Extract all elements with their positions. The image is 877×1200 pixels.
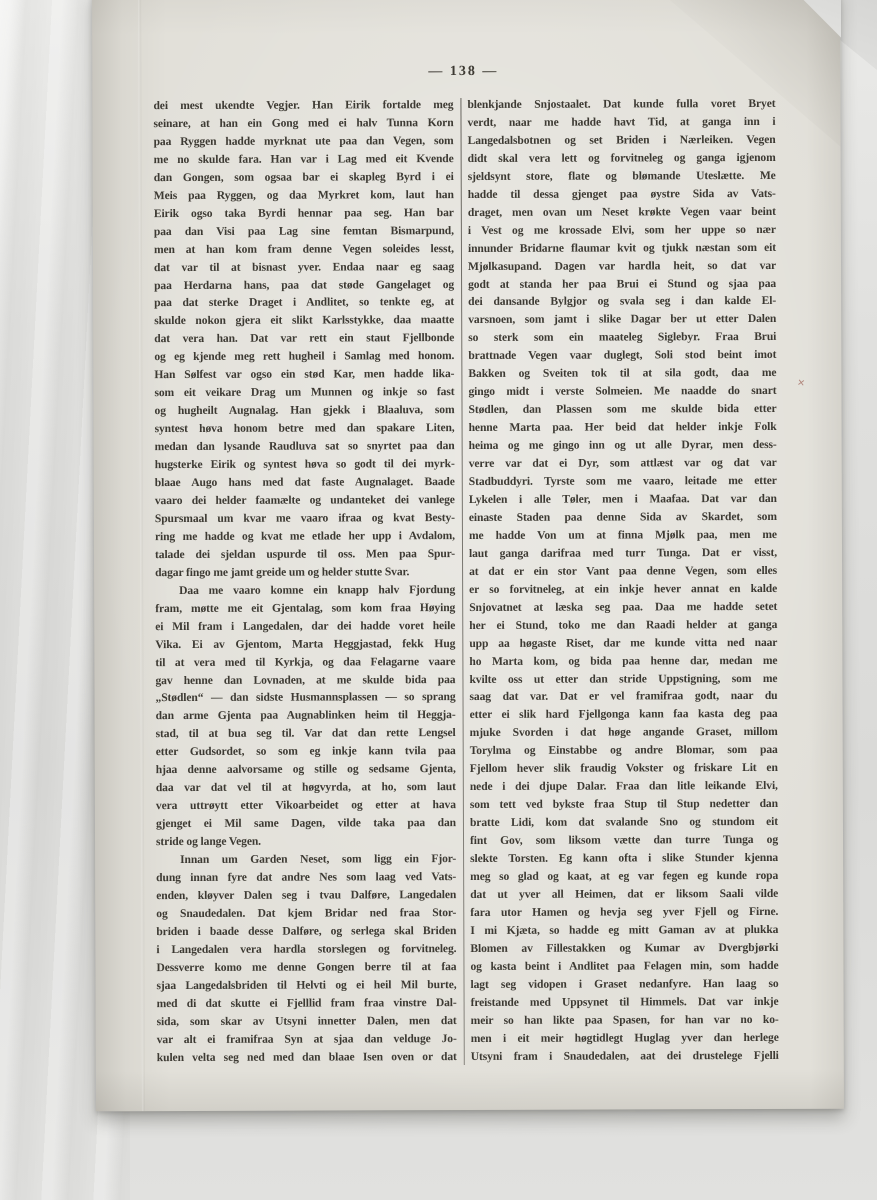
text-line: Han Sølfest var ogso ein stød Kar, men h… xyxy=(154,365,454,384)
text-line: Mjølkasupand. Dagen var hardla heit, so … xyxy=(468,257,776,276)
text-line: ring me hadde og kvat me etlade her upp … xyxy=(155,527,455,546)
text-line: dat var til at bisnast yver. Endaa naar … xyxy=(154,258,454,277)
text-line: medan dan lysande Raudluva sat so snyrte… xyxy=(155,437,455,456)
text-line: briden i baade desse Dalføre, og serlega… xyxy=(156,922,456,941)
text-line: „Stødlen“ — dan sidste Husmannsplassen —… xyxy=(155,688,455,707)
text-line: daa var dat vel til at høgvyrda, at ho, … xyxy=(156,778,456,797)
text-block: dei mest ukendte Vegjer. Han Eirik forta… xyxy=(153,95,778,1067)
text-line: nede i dei djupe Dalar. Fraa dan litle l… xyxy=(470,777,778,796)
text-line: kulen velta seg ned med dan blaae Isen o… xyxy=(157,1048,457,1067)
text-line: slekte Torsten. Eg kann ofta i slike Stu… xyxy=(470,849,778,868)
text-line: her ei Stund, toko me dan Raadi helder a… xyxy=(469,616,777,635)
text-line: so sterk som ein maateleg Siglebyr. Fraa… xyxy=(468,328,776,347)
text-line: stride og lange Vegen. xyxy=(156,832,456,851)
handwritten-x-mark: × xyxy=(796,374,806,391)
text-line: paa Herdarna hans, paa dat støde Gangela… xyxy=(154,276,454,295)
text-line: fara utor Hamen og hevja seg yver Fjell … xyxy=(470,903,778,922)
text-line: fram, møtte me eit Gjentalag, som kom fr… xyxy=(155,599,455,618)
text-line: ei Mil fram i Langedalen, dar dei hadde … xyxy=(155,617,455,636)
text-line: me no skulde fara. Han var i Lag med eit… xyxy=(154,150,454,169)
text-line: kvilte oss ut etter dan stride Uppstigni… xyxy=(469,669,777,688)
text-line: dat vera han. Dat var rett ein staut Fje… xyxy=(154,329,454,348)
text-column-right: blenkjande Snjostaalet. Dat kunde fulla … xyxy=(467,95,778,1066)
text-line: sjaa Langedalsbriden til Helvti og ei he… xyxy=(156,976,456,995)
text-line: var alt ei framifraa Syn at sjaa dan vel… xyxy=(157,1030,457,1049)
text-line: verdt, naar me hadde havt Tid, at ganga … xyxy=(467,113,775,132)
text-line: etter ei slik hard Fjellgonga kann faa k… xyxy=(470,705,778,724)
text-line: henne Marta paa. Her beid dat helder ink… xyxy=(469,418,777,437)
text-line: og Snaudedalen. Dat kjem Bridar ned fraa… xyxy=(156,904,456,923)
text-line: Eirik ogso taka Byrdi hennar paa seg. Ha… xyxy=(154,204,454,223)
text-line: til at vera med til Kyrkja, og daa Felag… xyxy=(155,653,455,672)
text-line: freistande med Uppsynet til Himmels. Dat… xyxy=(471,993,779,1012)
text-line: i Langedalen vera hardla storslegen og f… xyxy=(156,940,456,959)
text-line: vera uttrøytt etter Vikoarbeidet og ette… xyxy=(156,796,456,815)
text-line: Stødlen, dan Plassen som me skulde bida … xyxy=(468,400,776,419)
text-line: men i eit meir høgtidlegt Huglag yver da… xyxy=(471,1028,779,1047)
text-line: Bakken og Sveiten tok til at sila godt, … xyxy=(468,364,776,383)
text-line: dagar fingo me jamt greide um og helder … xyxy=(155,563,455,582)
text-line: meir so han likte paa Spasen, for han va… xyxy=(471,1011,779,1030)
text-line: i Vest og me krossade Elvi, som her uppe… xyxy=(468,221,776,240)
text-line: verre var dat ei Dyr, som attlæst var og… xyxy=(469,454,777,473)
text-line: at dat er ein stor Vant paa denne Vegen,… xyxy=(469,562,777,581)
text-line: innunder Bridarne flaumar kvit og tjukk … xyxy=(468,239,776,258)
text-line: dan arme Gjenta paa Augnablinken heim ti… xyxy=(156,706,456,725)
text-line: Torylma og Einstabbe og andre Blomar, so… xyxy=(470,741,778,760)
text-line: sjeldsynt store, flate og blømande Utesl… xyxy=(468,167,776,186)
text-line: etter Gudsordet, so som eg inkje kann tv… xyxy=(156,742,456,761)
text-line: dan Gongen, som ogsaa bar ei skapleg Byr… xyxy=(154,168,454,187)
text-line: laut ganga darifraa med turr Tunga. Dat … xyxy=(469,544,777,563)
text-column-left: dei mest ukendte Vegjer. Han Eirik forta… xyxy=(153,96,456,1067)
text-line: Blomen av Fillestakken og Kumar av Dverg… xyxy=(470,939,778,958)
text-line: gjenget ei Mil same Dagen, vilde taka pa… xyxy=(156,814,456,833)
text-line: talade dei sjeldan uspurde til oss. Men … xyxy=(155,545,455,564)
text-line: som tett ved bykste fraa Stup til Stup n… xyxy=(470,795,778,814)
text-line: ho Marta kom, og bida paa henne dar, med… xyxy=(469,651,777,670)
text-line: didt skal vera lett og forvitneleg og ga… xyxy=(468,149,776,168)
text-line: meg so glad og kaat, at eg var fegen eg … xyxy=(470,867,778,886)
text-line: Snjovatnet at læska seg paa. Daa me hadd… xyxy=(469,598,777,617)
text-line: bratte Lidi, kom dat svalande Sno og stu… xyxy=(470,813,778,832)
text-line: dung innan fyre dat andre Nes som laag v… xyxy=(156,868,456,887)
text-line: mjuke Svorden i dat høge angande Graset,… xyxy=(470,723,778,742)
text-line: godt at standa her paa Brui ei Stund og … xyxy=(468,274,776,293)
text-line: hugsterke Eirik og syntest høva so godt … xyxy=(155,455,455,474)
text-line: og kasta beint i Andlitet paa Felagen mi… xyxy=(470,957,778,976)
text-line: sida, som skar av Utsyni innetter Dalen,… xyxy=(157,1012,457,1031)
text-line: Meis paa Ryggen, og daa Myrkret kom, lau… xyxy=(154,186,454,205)
text-line: dat ut yver all Heimen, dat er liksom Sa… xyxy=(470,885,778,904)
text-line: lagt seg vidopen i Graset nedanfyre. Han… xyxy=(470,975,778,994)
text-line: Dessverre komo me denne Gongen berre til… xyxy=(156,958,456,977)
text-line: stad, til at bua seg til. Var dat dan re… xyxy=(156,724,456,743)
text-line: men at han kom fram denne Vegen soleides… xyxy=(154,240,454,259)
text-line: fint Gov, som liksom vætte dan turre Tun… xyxy=(470,831,778,850)
text-line: Vika. Ei av Gjentom, Marta Heggjastad, f… xyxy=(155,635,455,654)
text-line: Lykelen i alle Tøler, men i Maafaa. Dat … xyxy=(469,490,777,509)
book-page: — 138 — dei mest ukendte Vegjer. Han Eir… xyxy=(92,0,844,1111)
text-line: paa dan Visi paa Lag sine femtan Bismarp… xyxy=(154,222,454,241)
text-line: brattnade Vegen vaar duglegt, Soli stod … xyxy=(468,346,776,365)
text-line: syntest høva honom betre med dan spakare… xyxy=(155,419,455,438)
text-line: er so forvitneleg, at ein inkje hever an… xyxy=(469,580,777,599)
text-line: paa dat sterke Draget i Andlitet, so ten… xyxy=(154,294,454,313)
text-line: dei mest ukendte Vegjer. Han Eirik forta… xyxy=(153,96,453,115)
text-line: saag dat var. Dat er vel framifraa godt,… xyxy=(469,687,777,706)
text-line: og eg kjende meg rett hugheil i Samlag m… xyxy=(154,347,454,366)
text-line: draget, men ovan um Neset krøkte Vegen v… xyxy=(468,203,776,222)
text-line: me hadde Von um at finna Mjølk paa, men … xyxy=(469,526,777,545)
text-line: blenkjande Snjostaalet. Dat kunde fulla … xyxy=(467,95,775,114)
text-line: einaste Staden paa denne Sida av Skardet… xyxy=(469,508,777,527)
text-line: I mi Kjæta, so hadde eg mitt Gaman av at… xyxy=(470,921,778,940)
paper-left-fold-line xyxy=(138,0,145,1111)
text-line: hadde til dessa gjenget paa øystre Sida … xyxy=(468,185,776,204)
text-line: Spursmaal um kvar me vaaro ifraa og kvat… xyxy=(155,509,455,528)
text-line: dei dansande Bylgjor og svala seg i dan … xyxy=(468,292,776,311)
text-line: Fjellom hever slik fraudig Vokster og fr… xyxy=(470,759,778,778)
text-line: vaaro dei helder faamælte og undanteket … xyxy=(155,491,455,510)
text-line: enden, kløyver Dalen seg i tvau Dalføre,… xyxy=(156,886,456,905)
text-line: med di dat skutte ei Fjelllid fram fraa … xyxy=(157,994,457,1013)
text-line: heima og me gingo inn og ut alle Dyrar, … xyxy=(469,436,777,455)
text-line: Langedalsbotnen og set Briden i Nærleike… xyxy=(468,131,776,150)
text-line: Utsyni fram i Snaudedalen, aat dei drust… xyxy=(471,1046,779,1065)
text-line: Daa me vaaro komne ein knapp halv Fjordu… xyxy=(155,581,455,600)
text-line: seinare, at han ein Gong med ei halv Tun… xyxy=(153,114,453,133)
text-line: blaae Augo hans med dat faste Augnalaget… xyxy=(155,473,455,492)
text-line: som eit veikare Drag um Munnen og inkje … xyxy=(154,383,454,402)
text-line: hjaa denne aalvorsame og stille og sedsa… xyxy=(156,760,456,779)
text-line: varsnoen, som jamt i slike Dagar ber ut … xyxy=(468,310,776,329)
text-line: paa Ryggen hadde myrknat ute paa dan Veg… xyxy=(154,132,454,151)
text-line: gingo midt i verste Solmeien. Me naadde … xyxy=(468,382,776,401)
text-line: gav henne dan Lovnaden, at me skulde bid… xyxy=(155,671,455,690)
text-line: Innan um Garden Neset, som ligg ein Fjor… xyxy=(156,850,456,869)
column-divider-rule xyxy=(460,98,464,1065)
text-line: upp aa høgaste Riset, dar me kunde vitta… xyxy=(469,634,777,653)
text-line: Stadbuddyri. Tyrste som me vaaro, leitad… xyxy=(469,472,777,491)
page-number: — 138 — xyxy=(153,63,773,81)
text-line: og hugheilt Augnalag. Han gjekk i Blaalu… xyxy=(154,401,454,420)
text-line: skulde nokon gjera eit slikt Karlsstykke… xyxy=(154,311,454,330)
